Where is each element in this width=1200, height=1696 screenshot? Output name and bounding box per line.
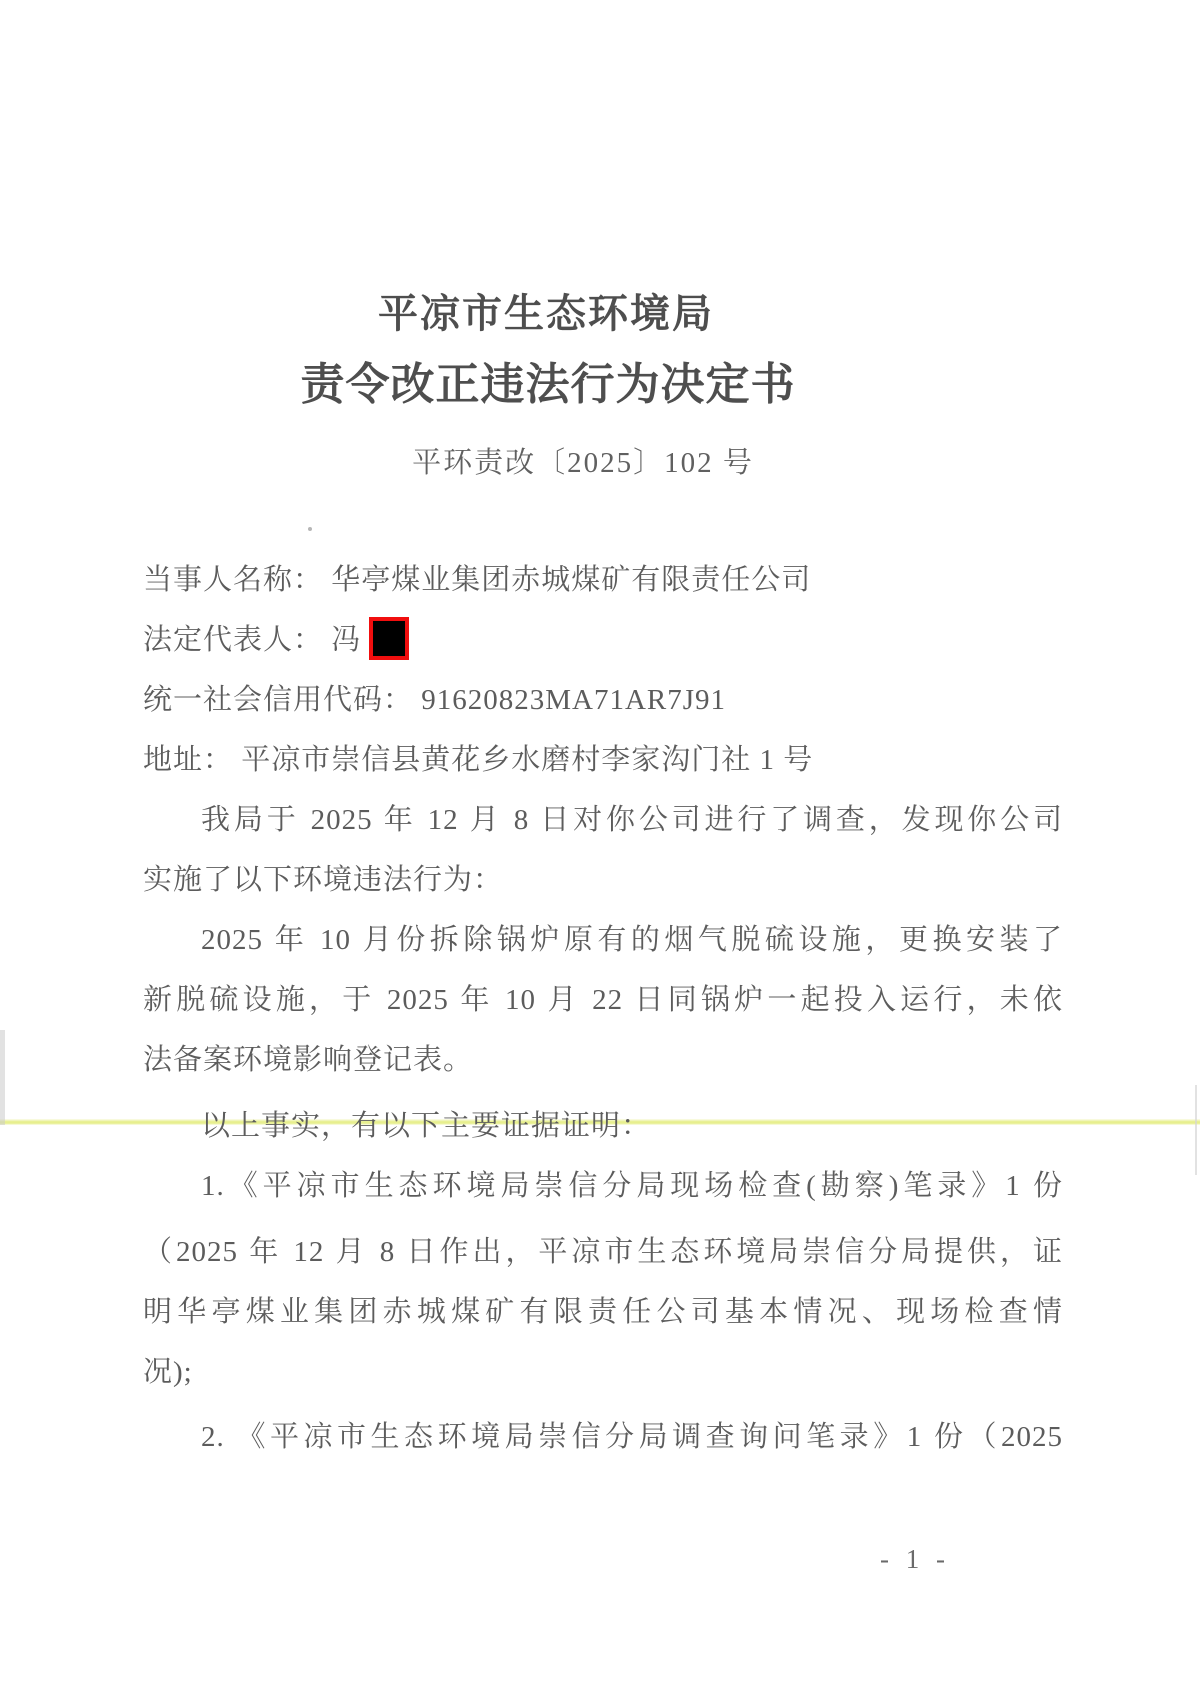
scan-dot-artifact — [308, 527, 312, 531]
body-line-evidence-1d: 况); — [143, 1342, 1063, 1402]
doc-title-type: 责令改正违法行为决定书 — [0, 348, 1096, 412]
body-line-violation-2: 新脱硫设施，于 2025 年 10 月 22 日同锅炉一起投入运行，未依 — [143, 970, 1063, 1030]
body-line-investigation: 我局于 2025 年 12 月 8 日对你公司进行了调查，发现你公司 — [143, 790, 1063, 850]
scan-edge-artifact-right — [1195, 1085, 1197, 1175]
body-line-evidence-2: 2. 《平凉市生态环境局崇信分局调查询问笔录》1 份（2025 — [143, 1407, 1063, 1467]
document-page: 平凉市生态环境局 责令改正违法行为决定书 平环责改〔2025〕102 号 当事人… — [0, 0, 1200, 1696]
doc-title-org: 平凉市生态环境局 — [0, 282, 1092, 339]
body-line-evidence-1a: 1.《平凉市生态环境局崇信分局现场检查(勘察)笔录》1 份 — [143, 1156, 1063, 1216]
body-line-legal-representative: 法定代表人： 冯 — [143, 610, 1063, 670]
body-line-credit-code: 统一社会信用代码： 91620823MA71AR7J91 — [143, 670, 1063, 730]
legal-representative-label: 法定代表人： 冯 — [143, 624, 361, 656]
body-line-violation-intro: 实施了以下环境违法行为： — [143, 850, 1063, 910]
doc-body: 当事人名称： 华亭煤业集团赤城煤矿有限责任公司 法定代表人： 冯 统一社会信用代… — [143, 550, 1063, 1467]
body-line-address: 地址： 平凉市崇信县黄花乡水磨村李家沟门社 1 号 — [143, 730, 1063, 790]
body-line-evidence-1c: 明华亭煤业集团赤城煤矿有限责任公司基本情况、现场检查情 — [143, 1282, 1063, 1342]
redaction-box — [369, 617, 409, 660]
body-line-evidence-1b: （2025 年 12 月 8 日作出，平凉市生态环境局崇信分局提供，证 — [143, 1222, 1063, 1282]
body-line-violation-1: 2025 年 10 月份拆除锅炉原有的烟气脱硫设施，更换安装了 — [143, 910, 1063, 970]
scan-edge-artifact-left — [0, 1030, 5, 1125]
page-number: - 1 - — [880, 1544, 950, 1575]
body-line-violation-3: 法备案环境影响登记表。 — [143, 1030, 1063, 1090]
body-line-party-name: 当事人名称： 华亭煤业集团赤城煤矿有限责任公司 — [143, 550, 1063, 610]
body-line-evidence-intro: 以上事实，有以下主要证据证明： — [143, 1096, 1063, 1156]
doc-number: 平环责改〔2025〕102 号 — [0, 440, 1166, 481]
